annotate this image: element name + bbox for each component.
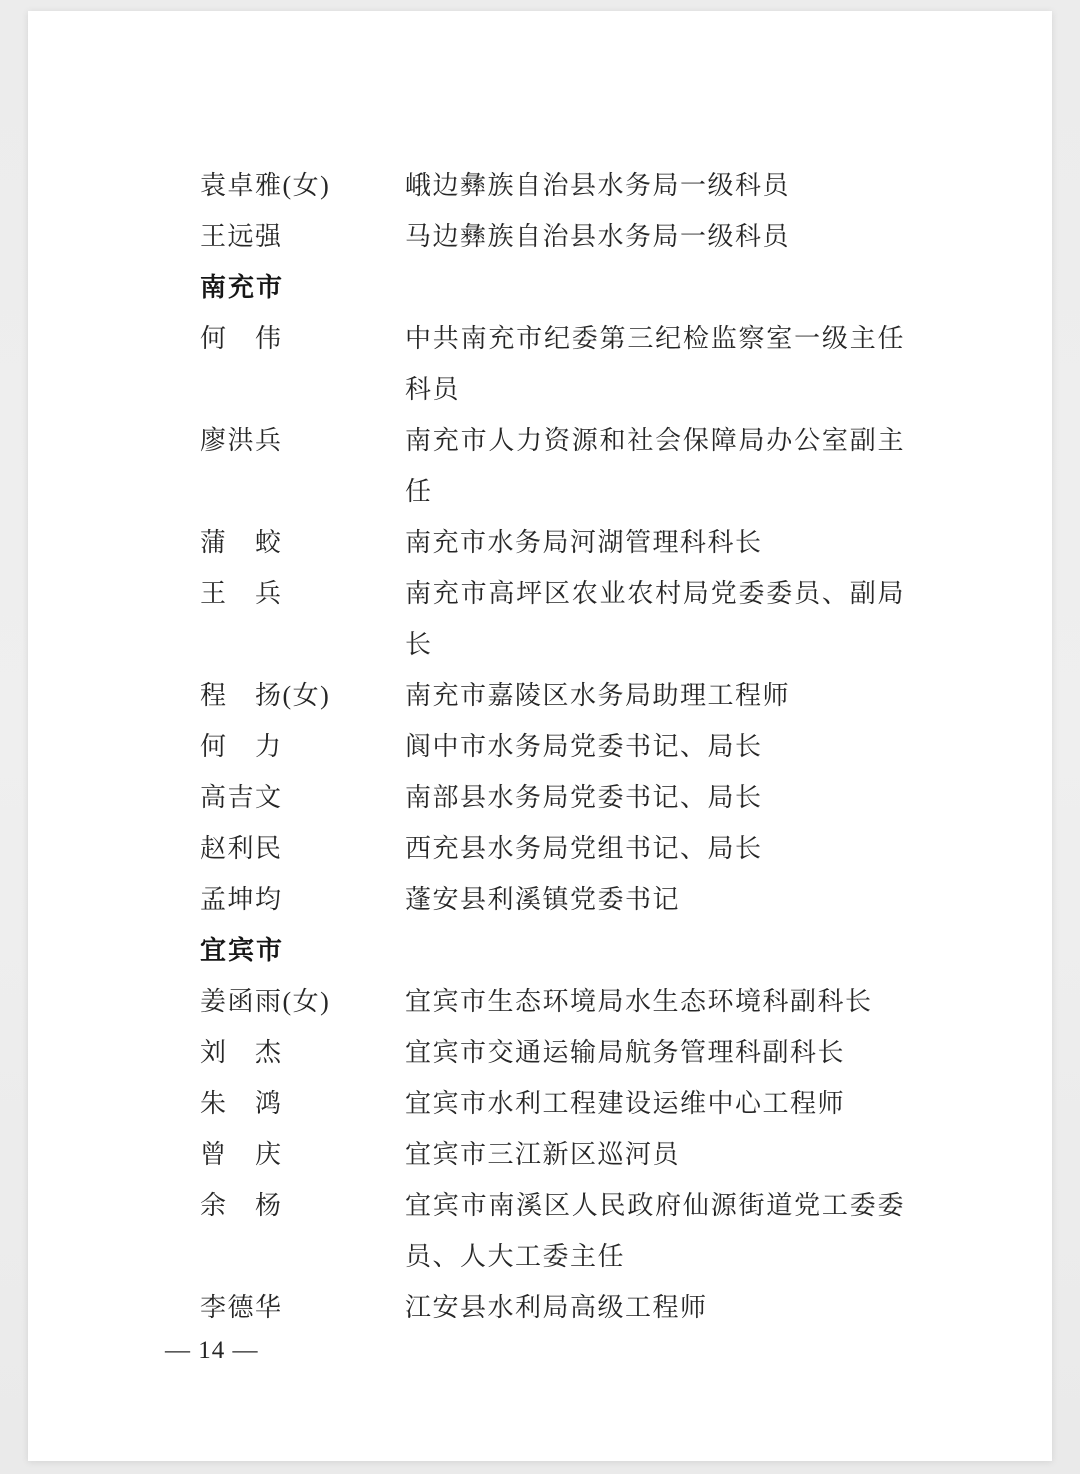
roster-row: 王远强 马边彝族自治县水务局一级科员 [200,211,1052,262]
person-title: 中共南充市纪委第三纪检监察室一级主任科员 [405,313,905,415]
roster-row: 曾 庆 宜宾市三江新区巡河员 [200,1129,1052,1180]
roster-row: 朱 鸿 宜宾市水利工程建设运维中心工程师 [200,1078,1052,1129]
roster-row: 袁卓雅(女) 峨边彝族自治县水务局一级科员 [200,160,1052,211]
person-name: 蒲 蛟 [200,517,405,568]
person-title: 马边彝族自治县水务局一级科员 [405,211,905,262]
roster-row: 姜函雨(女) 宜宾市生态环境局水生态环境科副科长 [200,976,1052,1027]
roster-row: 刘 杰 宜宾市交通运输局航务管理科副科长 [200,1027,1052,1078]
person-title: 宜宾市交通运输局航务管理科副科长 [405,1027,905,1078]
person-title: 江安县水利局高级工程师 [405,1282,905,1333]
roster-row: 廖洪兵 南充市人力资源和社会保障局办公室副主任 [200,415,1052,517]
roster-row: 蒲 蛟 南充市水务局河湖管理科科长 [200,517,1052,568]
roster-row: 余 杨 宜宾市南溪区人民政府仙源街道党工委委员、人大工委主任 [200,1180,1052,1282]
person-name: 何 伟 [200,313,405,364]
person-name: 李德华 [200,1282,405,1333]
roster-row: 赵利民 西充县水务局党组书记、局长 [200,823,1052,874]
person-title: 西充县水务局党组书记、局长 [405,823,905,874]
roster-row: 何 伟 中共南充市纪委第三纪检监察室一级主任科员 [200,313,1052,415]
person-title: 南充市高坪区农业农村局党委委员、副局长 [405,568,905,670]
roster-row: 孟坤均 蓬安县利溪镇党委书记 [200,874,1052,925]
person-name: 余 杨 [200,1180,405,1231]
person-name: 王远强 [200,211,405,262]
person-name: 何 力 [200,721,405,772]
city-section-header: 宜宾市 [200,925,1052,976]
canvas: 袁卓雅(女) 峨边彝族自治县水务局一级科员 王远强 马边彝族自治县水务局一级科员… [0,0,1080,1474]
person-name: 袁卓雅(女) [200,160,405,211]
person-name: 高吉文 [200,772,405,823]
page-number: — 14 — [165,1334,1052,1368]
person-title: 南充市水务局河湖管理科科长 [405,517,905,568]
city-section-header: 南充市 [200,262,1052,313]
person-title: 宜宾市三江新区巡河员 [405,1129,905,1180]
person-name: 朱 鸿 [200,1078,405,1129]
roster-row: 李德华 江安县水利局高级工程师 [200,1282,1052,1333]
person-title: 南部县水务局党委书记、局长 [405,772,905,823]
person-name: 刘 杰 [200,1027,405,1078]
person-name: 曾 庆 [200,1129,405,1180]
person-title: 宜宾市水利工程建设运维中心工程师 [405,1078,905,1129]
person-title: 阆中市水务局党委书记、局长 [405,721,905,772]
person-title: 宜宾市生态环境局水生态环境科副科长 [405,976,905,1027]
person-title: 南充市嘉陵区水务局助理工程师 [405,670,905,721]
person-name: 程 扬(女) [200,670,405,721]
roster-row: 高吉文 南部县水务局党委书记、局长 [200,772,1052,823]
person-title: 宜宾市南溪区人民政府仙源街道党工委委员、人大工委主任 [405,1180,905,1282]
person-title: 南充市人力资源和社会保障局办公室副主任 [405,415,905,517]
person-name: 赵利民 [200,823,405,874]
person-title: 蓬安县利溪镇党委书记 [405,874,905,925]
roster-row: 何 力 阆中市水务局党委书记、局长 [200,721,1052,772]
person-name: 王 兵 [200,568,405,619]
roster-row: 王 兵 南充市高坪区农业农村局党委委员、副局长 [200,568,1052,670]
person-name: 孟坤均 [200,874,405,925]
person-name: 廖洪兵 [200,415,405,466]
document-page: 袁卓雅(女) 峨边彝族自治县水务局一级科员 王远强 马边彝族自治县水务局一级科员… [28,11,1052,1461]
person-title: 峨边彝族自治县水务局一级科员 [405,160,905,211]
roster-list: 袁卓雅(女) 峨边彝族自治县水务局一级科员 王远强 马边彝族自治县水务局一级科员… [28,11,1052,1333]
person-name: 姜函雨(女) [200,976,405,1027]
roster-row: 程 扬(女) 南充市嘉陵区水务局助理工程师 [200,670,1052,721]
